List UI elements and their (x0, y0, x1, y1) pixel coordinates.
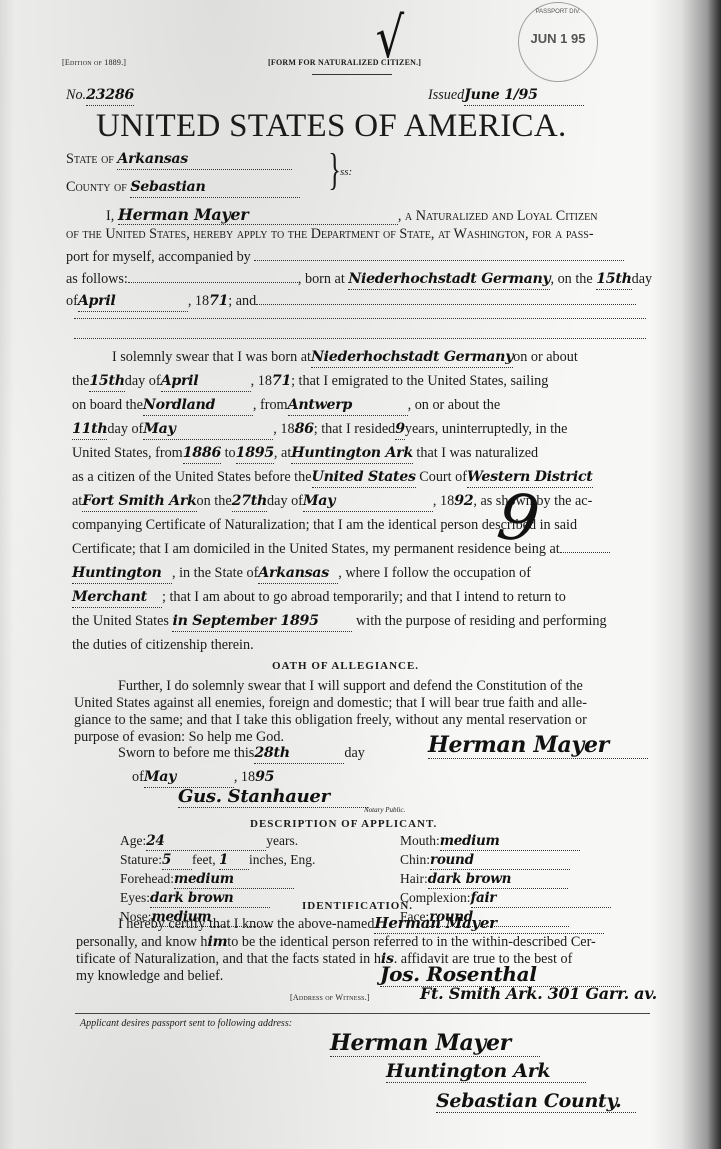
description-row: Forehead:medium (120, 870, 315, 889)
court-place-value: Fort Smith Ark (82, 492, 196, 512)
county-line: County of Sebastian (66, 178, 300, 198)
birthplace-value: Niederhochstadt Germany (348, 270, 550, 290)
text: ; that I emigrated to the United States,… (291, 373, 548, 389)
state-line: State of Arkansas (66, 150, 292, 170)
accompanied-line: port for myself, accompanied by (66, 248, 624, 267)
text: , 18 (273, 421, 294, 437)
description-left-column: Age:24years.Stature:5feet, 1inches, Eng.… (120, 832, 315, 927)
application-number: No.23286 (66, 86, 134, 106)
description-value: dark brown (428, 871, 568, 889)
description-suffix-2: inches, Eng. (249, 852, 315, 867)
applicant-line: I, Herman Mayer, a Naturalized and Loyal… (106, 205, 597, 226)
text: United States, from (72, 445, 183, 461)
years-resided: 9 (395, 420, 405, 440)
from-year: 1886 (183, 444, 221, 464)
residence-value: Huntington Ark (291, 444, 413, 464)
witness-address-label: [Address of Witness.] (290, 993, 370, 1002)
text: of (132, 769, 144, 785)
text: day of (107, 421, 143, 437)
edition-label: [Edition of 1889.] (62, 58, 126, 67)
description-value: medium (440, 833, 580, 851)
oath-line-3: on board theNordland, fromAntwerp, on or… (72, 396, 500, 416)
description-suffix: feet, (192, 852, 216, 867)
date-stamp: PASSPORT DIV. JUN 1 95 (518, 2, 598, 82)
blank-line (74, 338, 646, 339)
mailing-label: Applicant desires passport sent to follo… (80, 1018, 292, 1029)
naturalization-month: May (303, 492, 433, 512)
text: to be the identical person referred to i… (227, 934, 595, 950)
text: , where I follow the occupation of (338, 565, 531, 581)
text: that I was naturalized (416, 445, 538, 461)
and-blank (256, 304, 636, 305)
sworn-year: 95 (255, 769, 274, 785)
port-value: Antwerp (288, 396, 408, 416)
sworn-day: 28th (254, 744, 344, 764)
born-at-text: , born at (298, 271, 345, 287)
state-label: State of (66, 151, 114, 167)
birth-day-value: 15th (596, 270, 631, 290)
description-label: Stature: (120, 852, 162, 867)
text: ; that I am about to go abroad temporari… (162, 589, 566, 605)
occupation-value: Merchant (72, 588, 162, 608)
birthplace-sworn-value: Niederhochstadt Germany (311, 348, 513, 368)
accompanied-blank (254, 260, 624, 261)
sworn-birth-year: 71 (272, 373, 291, 389)
text: the United States (72, 613, 169, 629)
birth-month-line: ofApril, 1871; and (66, 292, 636, 312)
text: tificate of Naturalization, and that the… (76, 951, 381, 967)
stamp-date: JUN 1 95 (519, 31, 597, 46)
to-year: 1895 (236, 444, 274, 464)
description-row: Hair:dark brown (400, 870, 611, 889)
state-value: Arkansas (117, 150, 292, 170)
text: Certificate; that I am domiciled in the … (72, 541, 560, 557)
description-label: Hair: (400, 871, 428, 886)
identification-heading: IDENTIFICATION. (302, 900, 413, 912)
apply-text: of the United States, hereby apply to th… (66, 225, 594, 244)
text: , from (253, 397, 288, 413)
description-value: fair (471, 890, 611, 908)
identification-line-1: I hereby certify that I know the above-n… (118, 914, 604, 934)
sworn-birth-day: 15th (89, 372, 124, 392)
stamp-ring-text: PASSPORT DIV. (519, 9, 597, 15)
arrival-day: 11th (72, 420, 107, 440)
naturalization-day: 27th (232, 492, 267, 512)
text: , at (274, 445, 291, 461)
oath-line-13: the duties of citizenship therein. (72, 636, 254, 655)
text: with the purpose of residing and perform… (356, 613, 607, 629)
description-suffix: years. (266, 833, 298, 848)
text: on or about (513, 349, 578, 365)
i-label: I, (106, 208, 114, 224)
description-row: Mouth:medium (400, 832, 611, 851)
sworn-birth-month: April (161, 372, 251, 392)
arrival-month: May (143, 420, 273, 440)
sworn-line: Sworn to before me this28thday (118, 744, 365, 764)
text: the (72, 373, 89, 389)
text: years, uninterruptedly, in the (405, 421, 568, 437)
oath-line-1: I solemnly swear that I was born atNiede… (112, 348, 578, 368)
domicile-value: Huntington (72, 564, 172, 584)
mailing-county: Sebastian County. (436, 1090, 636, 1113)
identified-name: Herman Mayer (374, 914, 604, 934)
text: , 18 (433, 493, 454, 509)
description-right-column: Mouth:mediumChin:roundHair:dark brownCom… (400, 832, 611, 927)
sworn-month-line: ofMay, 1895 (132, 768, 274, 788)
description-heading: DESCRIPTION OF APPLICANT. (250, 818, 437, 830)
text: I solemnly swear that I was born at (112, 349, 311, 365)
as-follows-text: as follows: (66, 271, 128, 287)
number-label: No. (66, 87, 86, 103)
brace: } (328, 148, 341, 192)
issued-label: Issued (428, 87, 464, 103)
description-label: Chin: (400, 852, 430, 867)
blank-line (74, 318, 646, 319)
text: personally, and know h (76, 934, 207, 950)
text: Sworn to before me this (118, 745, 254, 761)
of-text: of (66, 293, 78, 309)
description-value: round (430, 852, 570, 870)
county-value: Sebastian (130, 178, 300, 198)
text: to (225, 445, 236, 461)
section-divider (75, 1013, 650, 1014)
arrival-year: 86 (295, 421, 314, 437)
form-type-label: [FORM FOR NATURALIZED CITIZEN.] (268, 58, 421, 67)
oath-line-2: the15thday ofApril, 1871; that I emigrat… (72, 372, 548, 392)
blank (560, 552, 610, 553)
text: , 18 (251, 373, 272, 389)
and-text: ; and (228, 293, 256, 309)
pronoun-1: im (207, 934, 227, 950)
applicant-name: Herman Mayer (118, 205, 398, 225)
number-value: 23286 (86, 86, 134, 106)
description-value: dark brown (150, 890, 270, 908)
description-row: Eyes:dark brown (120, 889, 315, 908)
identification-line-4: my knowledge and belief. (76, 967, 223, 986)
text: on the (197, 493, 232, 509)
description-label: Forehead: (120, 871, 174, 886)
text: I hereby certify that I know the above-n… (118, 916, 374, 932)
domicile-state-value: Arkansas (258, 564, 338, 584)
description-value: 24 (146, 833, 266, 851)
century-text: , 18 (188, 293, 209, 309)
description-label: Mouth: (400, 833, 440, 848)
allegiance-heading: OATH OF ALLEGIANCE. (272, 660, 419, 672)
text: on board the (72, 397, 143, 413)
description-row: Complexion:fair (400, 889, 611, 908)
oath-line-11: Merchant; that I am about to go abroad t… (72, 588, 566, 608)
birth-month-value: April (78, 292, 188, 312)
born-line: as follows:, born at Niederhochstadt Ger… (66, 270, 652, 290)
description-value-2: 1 (219, 852, 249, 870)
county-label: County of (66, 179, 127, 195)
text: , 18 (234, 769, 255, 785)
issued-date: IssuedJune 1/95 (428, 86, 584, 106)
text: day (344, 745, 365, 761)
as-follows-blank (128, 282, 298, 283)
description-label: Age: (120, 833, 146, 848)
birth-year-value: 71 (209, 293, 228, 309)
court-value: United States (312, 468, 416, 488)
accompanied-text: port for myself, accompanied by (66, 249, 251, 265)
ship-value: Nordland (143, 396, 253, 416)
citizen-text: , a Naturalized and Loyal Citizen (398, 208, 598, 224)
text: , on or about the (408, 397, 501, 413)
text: Court of (419, 469, 467, 485)
description-value: medium (174, 871, 294, 889)
return-date-value: in September 1895 (172, 612, 352, 632)
mailing-name: Herman Mayer (330, 1030, 540, 1057)
text: day of (267, 493, 303, 509)
text: day of (125, 373, 161, 389)
sworn-month: May (144, 768, 234, 788)
passport-application-page: √ PASSPORT DIV. JUN 1 95 [Edition of 188… (0, 0, 721, 1149)
oath-line-12: the United States in September 1895 with… (72, 612, 607, 632)
text: at (72, 493, 82, 509)
description-row: Stature:5feet, 1inches, Eng. (120, 851, 315, 870)
oath-line-5: United States, from1886 to1895, atHuntin… (72, 444, 538, 464)
issued-value: June 1/95 (464, 86, 584, 106)
ss-label: ss: (340, 163, 352, 182)
description-row: Chin:round (400, 851, 611, 870)
ornament-divider (312, 74, 392, 75)
applicant-signature: Herman Mayer (428, 732, 648, 759)
text: as a citizen of the United States before… (72, 469, 312, 485)
text: ; that I resided (314, 421, 396, 437)
text: , in the State of (172, 565, 258, 581)
notary-signature: Gus. Stanhauer (178, 786, 368, 808)
oath-line-4: 11thday ofMay, 1886; that I resided9year… (72, 420, 567, 440)
oath-line-10: Huntington, in the State ofArkansas, whe… (72, 564, 531, 584)
description-value: 5 (162, 852, 192, 870)
naturalization-year: 92 (454, 493, 473, 509)
day-text: day (632, 271, 653, 287)
witness-address: Ft. Smith Ark. 301 Garr. av. (420, 984, 657, 1003)
notary-label: Notary Public. (364, 806, 405, 814)
description-label: Eyes: (120, 890, 150, 905)
description-row: Age:24years. (120, 832, 315, 851)
document-title: UNITED STATES OF AMERICA. (96, 108, 567, 145)
on-the-text: , on the (550, 271, 592, 287)
mailing-town: Huntington Ark (386, 1060, 586, 1083)
